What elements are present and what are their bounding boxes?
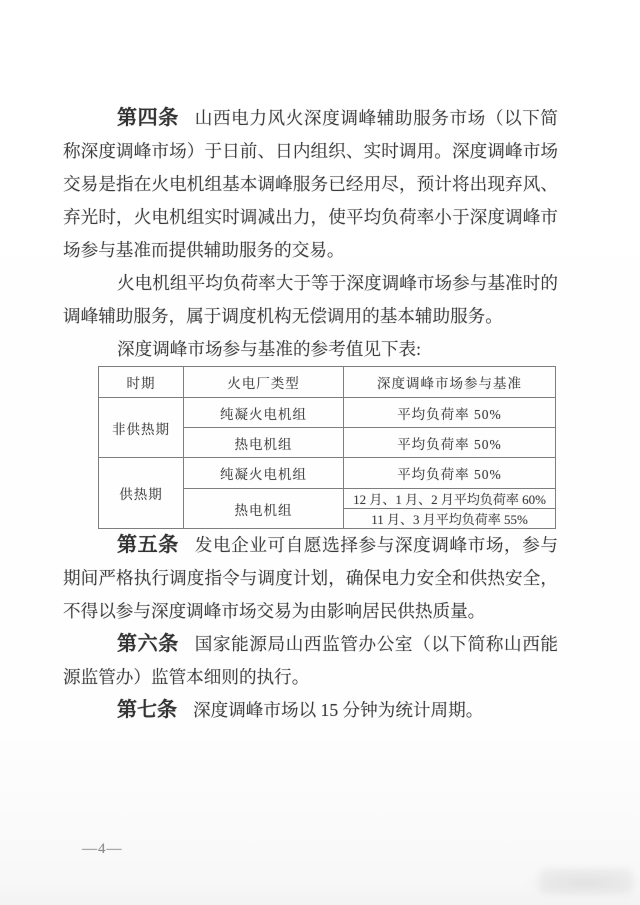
document-body: 第四条山西电力风火深度调峰辅助服务市场（以下简称深度调峰市场）于日前、日内组织、… bbox=[63, 102, 558, 727]
period-cell-nonheating: 非供热期 bbox=[99, 398, 184, 458]
benchmark-cell: 11 月、3 月平均负荷率 55% bbox=[344, 509, 556, 529]
table-row: 非供热期 纯凝火电机组 平均负荷率 50% bbox=[99, 398, 556, 428]
benchmark-note-paragraph: 火电机组平均负荷率大于等于深度调峰市场参与基准时的调峰辅助服务，属于调度机构无偿… bbox=[63, 267, 558, 333]
plant-type-cell: 热电机组 bbox=[184, 489, 344, 529]
article-7-label: 第七条 bbox=[117, 699, 177, 721]
plant-type-cell: 纯凝火电机组 bbox=[184, 398, 344, 428]
table-intro-text: 深度调峰市场参与基准的参考值见下表: bbox=[117, 339, 421, 359]
article-4-text: 山西电力风火深度调峰辅助服务市场（以下简称深度调峰市场）于日前、日内组织、实时调… bbox=[63, 108, 558, 260]
article-6-paragraph: 第六条国家能源局山西监管办公室（以下简称山西能源监管办）监管本细则的执行。 bbox=[63, 628, 558, 694]
table-header-row: 时期 火电厂类型 深度调峰市场参与基准 bbox=[99, 367, 556, 398]
article-5-paragraph: 第五条发电企业可自愿选择参与深度调峰市场，参与期间严格执行调度指令与调度计划，确… bbox=[63, 529, 558, 628]
benchmark-cell: 平均负荷率 50% bbox=[344, 428, 556, 458]
col-header-period: 时期 bbox=[99, 367, 184, 398]
benchmark-cell: 12 月、1 月、2 月平均负荷率 60% bbox=[344, 489, 556, 509]
table-intro-paragraph: 深度调峰市场参与基准的参考值见下表: bbox=[63, 333, 558, 366]
benchmark-note-text: 火电机组平均负荷率大于等于深度调峰市场参与基准时的调峰辅助服务，属于调度机构无偿… bbox=[63, 273, 558, 326]
article-7-paragraph: 第七条深度调峰市场以 15 分钟为统计周期。 bbox=[63, 694, 558, 727]
benchmark-cell: 平均负荷率 50% bbox=[344, 458, 556, 489]
col-header-plant-type: 火电厂类型 bbox=[184, 367, 344, 398]
plant-type-cell: 纯凝火电机组 bbox=[184, 458, 344, 489]
article-6-label: 第六条 bbox=[117, 633, 179, 655]
period-cell-heating: 供热期 bbox=[99, 458, 184, 529]
col-header-benchmark: 深度调峰市场参与基准 bbox=[344, 367, 556, 398]
plant-type-cell: 热电机组 bbox=[184, 428, 344, 458]
benchmark-table: 时期 火电厂类型 深度调峰市场参与基准 非供热期 纯凝火电机组 平均负荷率 50… bbox=[98, 366, 556, 529]
article-5-label: 第五条 bbox=[117, 534, 179, 556]
page-number: —4— bbox=[82, 841, 123, 858]
scan-smudge bbox=[540, 868, 632, 894]
table-row: 供热期 纯凝火电机组 平均负荷率 50% bbox=[99, 458, 556, 489]
benchmark-cell: 平均负荷率 50% bbox=[344, 398, 556, 428]
document-page: 第四条山西电力风火深度调峰辅助服务市场（以下简称深度调峰市场）于日前、日内组织、… bbox=[0, 0, 640, 905]
article-7-text: 深度调峰市场以 15 分钟为统计周期。 bbox=[193, 700, 483, 720]
article-4-paragraph: 第四条山西电力风火深度调峰辅助服务市场（以下简称深度调峰市场）于日前、日内组织、… bbox=[63, 102, 558, 267]
article-4-label: 第四条 bbox=[117, 107, 179, 129]
